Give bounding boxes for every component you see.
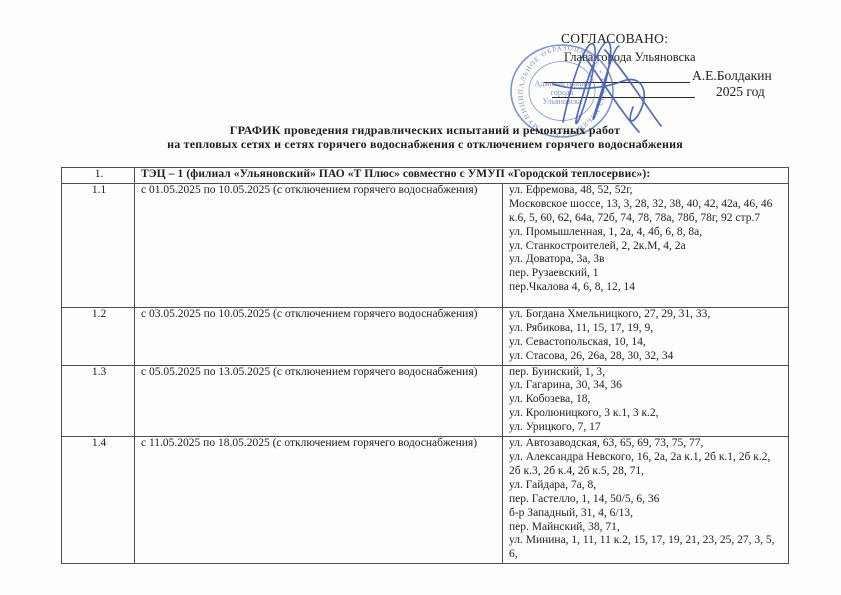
- address-line: ул. Богдана Хмельницкого, 27, 29, 31, 33…: [509, 308, 784, 322]
- address-line: ул. Доватора, 3а, 3в: [509, 253, 784, 267]
- address-line: ул. Севастопольская, 10, 14,: [509, 336, 784, 350]
- address-line: ул. Гайдара, 7а, 8,: [509, 479, 784, 493]
- address-line: пер. Майнский, 38, 71,: [509, 521, 784, 535]
- row-number: 1.1: [62, 183, 135, 307]
- addresses-cell: ул. Богдана Хмельницкого, 27, 29, 31, 33…: [503, 307, 789, 365]
- address-line: ул. Станкостроителей, 2, 2к.М, 4, 2а: [509, 240, 784, 254]
- address-line: ул. Александра Невского, 16, 2а, 2а к.1,…: [509, 451, 784, 479]
- document-page: СОГЛАСОВАНО: Глава города Ульяновска А.Е…: [0, 0, 841, 595]
- address-line: ул. Минина, 1, 11, 11 к.2, 15, 17, 19, 2…: [509, 534, 784, 562]
- address-line: ул. Стасова, 26, 26а, 28, 30, 32, 34: [509, 350, 784, 364]
- period-cell: с 05.05.2025 по 13.05.2025 (с отключение…: [135, 365, 503, 437]
- address-line: б-р Западный, 31, 4, 6/13,: [509, 507, 784, 521]
- address-line: ул. Кролюницкого, 3 к.1, 3 к.2,: [509, 407, 784, 421]
- table-row: 1.3с 05.05.2025 по 13.05.2025 (с отключе…: [62, 365, 789, 437]
- section-header-text: ТЭЦ – 1 (филиал «Ульяновский» ПАО «Т Плю…: [135, 168, 789, 184]
- period-cell: с 11.05.2025 по 18.05.2025 (с отключение…: [135, 437, 503, 564]
- address-line: ул. Автозаводская, 63, 65, 69, 73, 75, 7…: [509, 437, 784, 451]
- row-number: 1.2: [62, 307, 135, 365]
- period-cell: с 01.05.2025 по 10.05.2025 (с отключение…: [135, 183, 503, 307]
- address-line: ул. Урицкого, 7, 17: [509, 421, 784, 435]
- address-line: ул. Ефремова, 48, 52, 52г,: [509, 184, 784, 198]
- table-header-row: 1.ТЭЦ – 1 (филиал «Ульяновский» ПАО «Т П…: [62, 168, 789, 184]
- address-line: ул. Гагарина, 30, 34, 36: [509, 379, 784, 393]
- address-line: ул. Рябикова, 11, 15, 17, 19, 9,: [509, 322, 784, 336]
- table-row: 1.2с 03.05.2025 по 10.05.2025 (с отключе…: [62, 307, 789, 365]
- document-title: ГРАФИК проведения гидравлических испытан…: [62, 123, 788, 151]
- address-line: Московское шоссе, 13, 3, 28, 32, 38, 40,…: [509, 198, 784, 226]
- address-line: пер.Чкалова 4, 6, 8, 12, 14: [509, 281, 784, 295]
- document-title-line2: на тепловых сетях и сетях горячего водос…: [62, 137, 788, 151]
- row-number: 1.3: [62, 365, 135, 437]
- address-line: пер. Рузаевский, 1: [509, 267, 784, 281]
- row-number: 1.4: [62, 437, 135, 564]
- address-line: ул. Кобозева, 18,: [509, 393, 784, 407]
- schedule-table: 1.ТЭЦ – 1 (филиал «Ульяновский» ПАО «Т П…: [61, 167, 789, 564]
- table-row: 1.4с 11.05.2025 по 18.05.2025 (с отключе…: [62, 437, 789, 564]
- schedule-table-body: 1.ТЭЦ – 1 (филиал «Ульяновский» ПАО «Т П…: [62, 168, 789, 564]
- addresses-cell: ул. Ефремова, 48, 52, 52г,Московское шос…: [503, 183, 789, 307]
- row-number: 1.: [62, 168, 135, 184]
- address-line: ул. Промышленная, 1, 2а, 4, 4б, 6, 8, 8а…: [509, 226, 784, 240]
- table-row: 1.1с 01.05.2025 по 10.05.2025 (с отключе…: [62, 183, 789, 307]
- document-title-line1: ГРАФИК проведения гидравлических испытан…: [62, 123, 788, 137]
- addresses-cell: пер. Буинский, 1, 3,ул. Гагарина, 30, 34…: [503, 365, 789, 437]
- address-line: пер. Гастелло, 1, 14, 50/5, 6, 36: [509, 493, 784, 507]
- approval-year: 2025 год: [716, 84, 765, 100]
- address-line: пер. Буинский, 1, 3,: [509, 366, 784, 380]
- approval-name: А.Е.Болдакин: [692, 68, 772, 84]
- addresses-cell: ул. Автозаводская, 63, 65, 69, 73, 75, 7…: [503, 437, 789, 564]
- period-cell: с 03.05.2025 по 10.05.2025 (с отключение…: [135, 307, 503, 365]
